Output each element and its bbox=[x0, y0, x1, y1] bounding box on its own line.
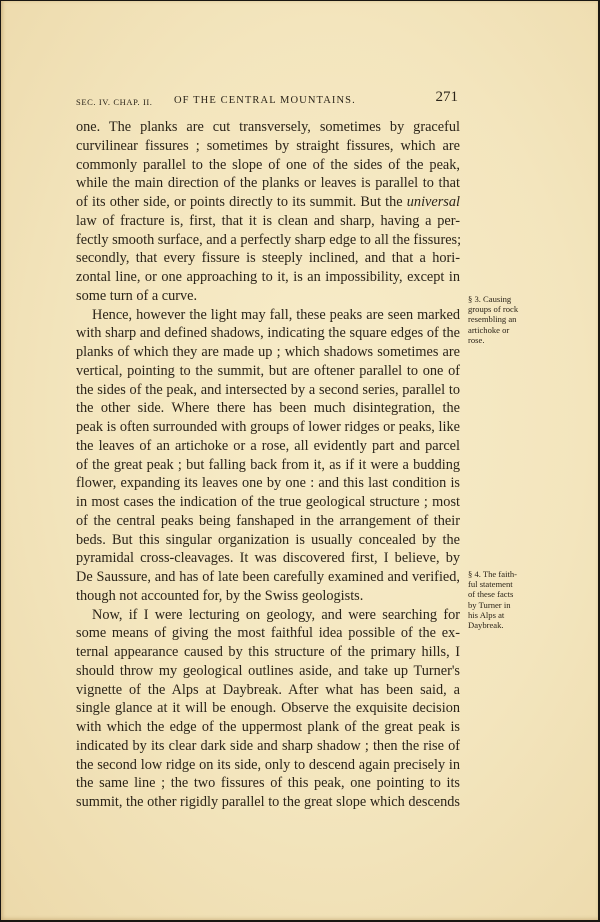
text-line: with sharp and defined shadows, indicati… bbox=[76, 324, 460, 343]
body-text: one. The planks are cut transversely, so… bbox=[76, 118, 460, 812]
text-line: secondly, that every fissure is steeply … bbox=[76, 249, 460, 268]
margin-note-line: by Turner in bbox=[468, 600, 588, 610]
text-line: while the main direction of the planks o… bbox=[76, 174, 460, 193]
margin-note-line: artichoke or bbox=[468, 325, 588, 335]
text-line: De Saussure, and has of late been carefu… bbox=[76, 568, 460, 587]
text-line: with which the edge of the uppermost pla… bbox=[76, 718, 460, 737]
text-line: some means of giving the most faithful i… bbox=[76, 624, 460, 643]
text-line: fectly smooth surface, and a perfectly s… bbox=[76, 231, 460, 250]
text-line: zontal line, or one approaching to it, i… bbox=[76, 268, 460, 287]
margin-note-line: § 3. Causing bbox=[468, 294, 588, 304]
running-title: Of the Central Mountains. bbox=[174, 95, 356, 106]
text-line: vignette of the Alps at Daybreak. After … bbox=[76, 681, 460, 700]
text-line: beds. But this singular organization is … bbox=[76, 531, 460, 550]
text-line: pyramidal cross-cleavages. It was discov… bbox=[76, 549, 460, 568]
text-line: the sides of the peak, and intersected b… bbox=[76, 381, 460, 400]
text-line: Now, if I were lecturing on geology, and… bbox=[76, 606, 460, 625]
text-line: law of fracture is, first, that it is cl… bbox=[76, 212, 460, 231]
margin-note-section-4: § 4. The faith-ful statementof these fac… bbox=[468, 569, 588, 630]
text-line: the same line ; the two fissures of this… bbox=[76, 774, 460, 793]
text-line: indicated by its clear dark side and sha… bbox=[76, 737, 460, 756]
margin-note-line: § 4. The faith- bbox=[468, 569, 588, 579]
margin-note-line: of these facts bbox=[468, 589, 588, 599]
text-line: peak is often surrounded with groups of … bbox=[76, 418, 460, 437]
margin-note-section-3: § 3. Causinggroups of rockresembling ana… bbox=[468, 294, 588, 345]
running-header: Sec. IV. Chap. II. Of the Central Mounta… bbox=[76, 89, 458, 111]
text-line: single glance at it will be enough. Obse… bbox=[76, 699, 460, 718]
text-line: of its other side, or points directly to… bbox=[76, 193, 460, 212]
text-line: in most cases the indication of the true… bbox=[76, 493, 460, 512]
book-page: Sec. IV. Chap. II. Of the Central Mounta… bbox=[1, 1, 598, 920]
text-line: the leaves of an artichoke or a rose, al… bbox=[76, 437, 460, 456]
section-chapter-label: Sec. IV. Chap. II. bbox=[76, 97, 153, 107]
text-line: one. The planks are cut transversely, so… bbox=[76, 118, 460, 137]
margin-note-line: groups of rock bbox=[468, 304, 588, 314]
margin-note-line: ful statement bbox=[468, 579, 588, 589]
text-line: planks of which they are made up ; which… bbox=[76, 343, 460, 362]
italic-emphasis: universal bbox=[407, 194, 460, 210]
text-line: flower, expanding its leaves one by one … bbox=[76, 474, 460, 493]
margin-note-line: resembling an bbox=[468, 314, 588, 324]
text-line: Hence, however the light may fall, these… bbox=[76, 306, 460, 325]
text-line: though not accounted for, by the Swiss g… bbox=[76, 587, 460, 606]
text-line: should throw my geological outlines asid… bbox=[76, 662, 460, 681]
text-line: summit, the other rigidly parallel to th… bbox=[76, 793, 460, 812]
text-line: the other side. Where there has been muc… bbox=[76, 399, 460, 418]
text-line: the second low ridge on its side, only t… bbox=[76, 756, 460, 775]
page-number: 271 bbox=[436, 89, 459, 106]
text-line: of the great peak ; but falling back fro… bbox=[76, 456, 460, 475]
text-line: of the central peaks being fanshaped in … bbox=[76, 512, 460, 531]
text-line: some turn of a curve. bbox=[76, 287, 460, 306]
margin-note-line: his Alps at bbox=[468, 610, 588, 620]
margin-note-line: rose. bbox=[468, 335, 588, 345]
margin-note-line: Daybreak. bbox=[468, 620, 588, 630]
text-line: ternal appearance caused by this structu… bbox=[76, 643, 460, 662]
text-line: curvilinear fissures ; sometimes by stra… bbox=[76, 137, 460, 156]
text-line: vertical, pointing to the summit, but ar… bbox=[76, 362, 460, 381]
text-line: commonly parallel to the slope of one of… bbox=[76, 156, 460, 175]
